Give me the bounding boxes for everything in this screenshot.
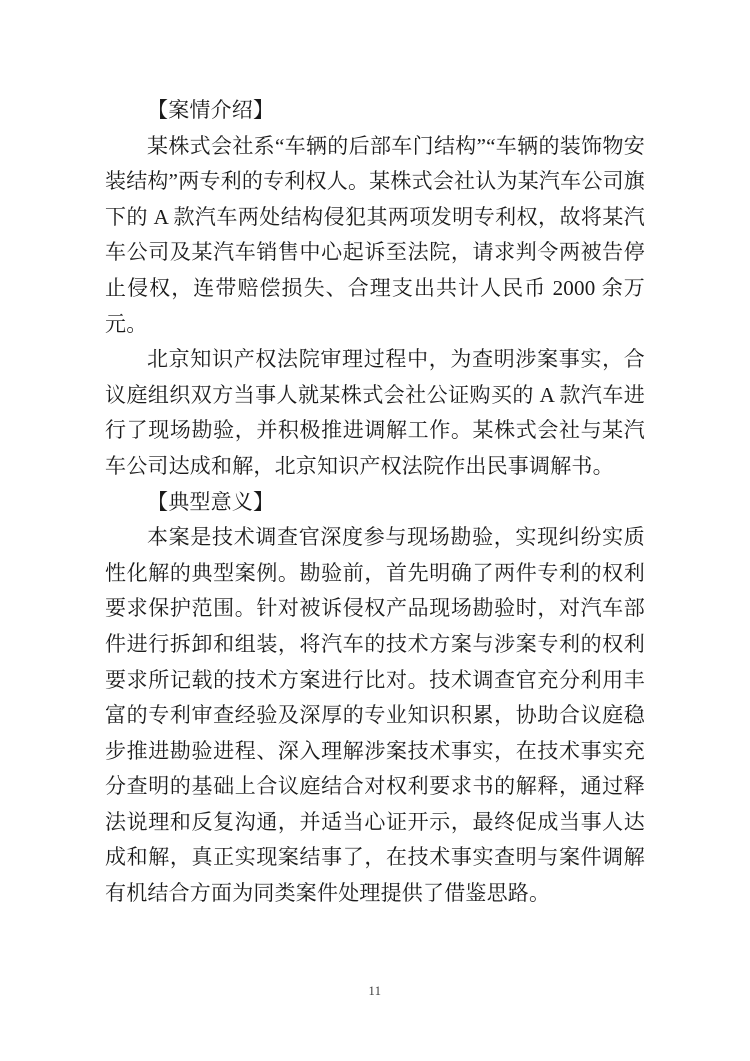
page-number: 11	[0, 984, 750, 999]
document-page: 【案情介绍】某株式会社系“车辆的后部车门结构”“车辆的装饰物安装结构”两专利的专…	[0, 0, 750, 1061]
paragraph: 北京知识产权法院审理过程中，为查明涉案事实，合议庭组织双方当事人就某株式会社公证…	[105, 342, 645, 484]
paragraph: 某株式会社系“车辆的后部车门结构”“车辆的装饰物安装结构”两专利的专利权人。某株…	[105, 129, 645, 343]
paragraph: 本案是技术调查官深度参与现场勘验，实现纠纷实质性化解的典型案例。勘验前，首先明确…	[105, 520, 645, 912]
document-body: 【案情介绍】某株式会社系“车辆的后部车门结构”“车辆的装饰物安装结构”两专利的专…	[105, 93, 645, 912]
section-heading: 【典型意义】	[105, 485, 645, 521]
section-heading: 【案情介绍】	[105, 93, 645, 129]
